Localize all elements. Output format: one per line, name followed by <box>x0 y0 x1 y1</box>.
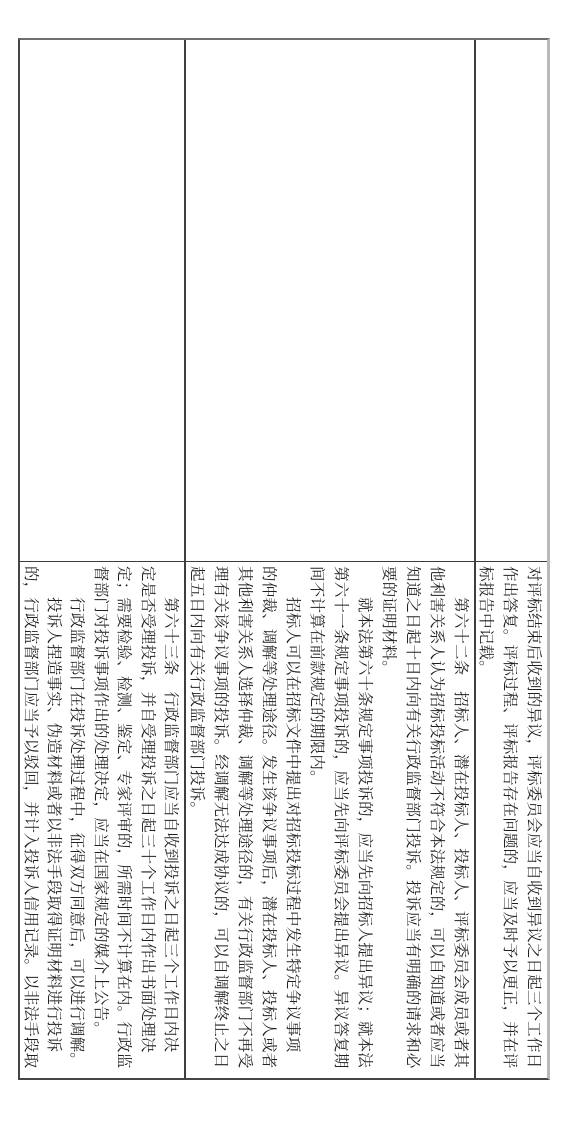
text-line: 第六十三条 行政监督部门应当自收到投诉之日起三个工作日内决 <box>159 566 182 1073</box>
text-line: 投诉人捏造事实、伪造材料或者以非法手段取得证明材料进行投诉 <box>42 566 65 1073</box>
text-line: 的，行政监督部门应当予以驳回，并计入投诉人信用记录。以非法手段取 <box>20 566 42 1073</box>
text-line: 他利害关系人认为招标投标活动不符合本法规定的，可以自知道或者应当 <box>424 566 448 1073</box>
text-line: 行政监督部门在投诉处理过程中，征得双方同意后，可以进行调解。 <box>65 566 88 1073</box>
text-line: 定；需要检验、检测、鉴定、专家评审的，所需时间不计算在内。行政监 <box>112 566 135 1073</box>
law-comparison-table: 对评标结束后收到的异议，评标委员会应当自收到异议之日起三个工作日 作出答复。评标… <box>18 38 550 1080</box>
table-cell-empty-row2 <box>186 40 476 561</box>
table-cell-text-row1: 对评标结束后收到的异议，评标委员会应当自收到异议之日起三个工作日 作出答复。评标… <box>476 561 547 1078</box>
text-line: 定是否受理投诉，并自受理投诉之日起三十个工作日内作出书面处理决 <box>135 566 158 1073</box>
text-line: 起五日内向有关行政监督部门投诉。 <box>186 566 208 1073</box>
text-line: 就本法第六十条规定事项投诉的，应当先向招标人提出异议；就本法 <box>352 566 376 1073</box>
text-line: 标报告中记载。 <box>476 566 497 1073</box>
rotated-page-content: 对评标结束后收到的异议，评标委员会应当自收到异议之日起三个工作日 作出答复。评标… <box>0 0 568 1122</box>
text-line: 作出答复。评标过程、评标报告存在问题的，应当及时予以更正，并在评 <box>497 566 521 1073</box>
table-cell-text-row2: 第六十二条 招标人、潜在投标人、投标人、评标委员会成员或者其 他利害关系人认为招… <box>186 561 476 1078</box>
text-line: 对评标结束后收到的异议，评标委员会应当自收到异议之日起三个工作日 <box>521 566 545 1073</box>
table-cell-empty-row3 <box>20 40 186 561</box>
text-line: 的仲裁、调解等处理途径。发生该争议事项后，潜在投标人、投标人或者 <box>256 566 280 1073</box>
text-line: 招标人可以在招标文件中提出对招标投标过程中发生特定争议事项 <box>280 566 304 1073</box>
text-line: 第六十二条 招标人、潜在投标人、投标人、评标委员会成员或者其 <box>448 566 472 1073</box>
table-cell-empty-row1 <box>476 40 547 561</box>
text-line: 第六十一条规定事项投诉的，应当先向评标委员会提出异议。异议答复期 <box>328 566 352 1073</box>
text-line: 知道之日起十日内向有关行政监督部门投诉。投诉应当有明确的请求和必 <box>400 566 424 1073</box>
table-cell-text-row3: 第六十三条 行政监督部门应当自收到投诉之日起三个工作日内决 定是否受理投诉，并自… <box>20 561 186 1078</box>
text-line: 理有关该争议事项的投诉。经调解无法达成协议的，可以自调解终止之日 <box>208 566 232 1073</box>
document-page: 对评标结束后收到的异议，评标委员会应当自收到异议之日起三个工作日 作出答复。评标… <box>0 0 568 1122</box>
text-line: 间不计算在前款规定的期限内。 <box>304 566 328 1073</box>
text-line: 督部门对投诉事项作出的处理决定，应当在国家规定的媒介上公告。 <box>88 566 111 1073</box>
text-line: 要的证明材料。 <box>376 566 400 1073</box>
text-line: 其他利害关系人选择仲裁、调解等处理途径的，有关行政监督部门不再受 <box>232 566 256 1073</box>
